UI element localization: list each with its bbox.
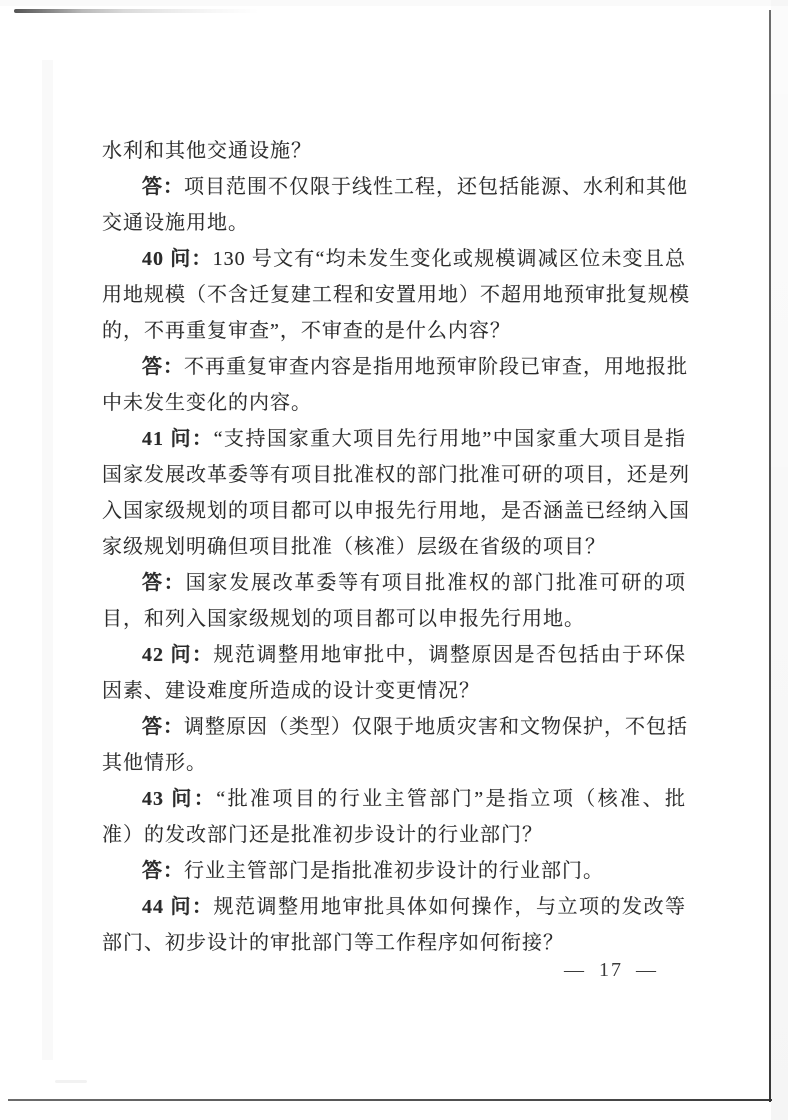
text-line: 交通设施用地。 [102,205,686,241]
text-line: 42 问：规范调整用地审批中，调整原因是否包括由于环保 [102,637,686,673]
text-line: 的，不再重复审查”，不审查的是什么内容？ [102,313,686,349]
text-line: 因素、建设难度所造成的设计变更情况？ [102,673,686,709]
paragraph-lead: 41 问： [142,428,214,450]
scan-smudge-bottom [55,1080,87,1083]
page-number: — 17 — [548,952,674,988]
text-line: 用地规模（不含迁复建工程和安置用地）不超用地预审批复规模 [102,277,686,313]
text-line: 准）的发改部门还是批准初步设计的行业部门？ [102,817,686,853]
scanned-page: 水利和其他交通设施？答：项目范围不仅限于线性工程，还包括能源、水利和其他交通设施… [0,0,788,1120]
text-line: 家级规划明确但项目批准（核准）层级在省级的项目？ [102,529,686,565]
scan-top-edge-shadow [0,0,788,6]
scan-border-bottom [8,1099,772,1101]
scan-fold-shadow [42,60,53,1060]
paragraph-lead: 40 问： [142,248,213,270]
text-line: 答：国家发展改革委等有项目批准权的部门批准可研的项 [102,565,686,601]
scan-smudge-top [14,9,259,13]
text-line: 水利和其他交通设施？ [102,133,686,169]
paragraph-lead: 答： [142,356,184,378]
text-block: 水利和其他交通设施？答：项目范围不仅限于线性工程，还包括能源、水利和其他交通设施… [102,133,686,961]
paragraph-lead: 44 问： [142,896,214,918]
paragraph-lead: 答： [142,176,184,198]
paragraph-lead: 43 问： [142,788,216,810]
scan-edge-tint-right [771,0,788,1120]
paragraph-lead: 42 问： [142,644,214,666]
paragraph-lead: 答： [142,716,184,738]
text-line: 41 问：“支持国家重大项目先行用地”中国家重大项目是指 [102,421,686,457]
text-line: 答：调整原因（类型）仅限于地质灾害和文物保护，不包括 [102,709,686,745]
text-line: 43 问：“批准项目的行业主管部门”是指立项（核准、批 [102,781,686,817]
text-line: 答：项目范围不仅限于线性工程，还包括能源、水利和其他 [102,169,686,205]
text-line: 44 问：规范调整用地审批具体如何操作，与立项的发改等 [102,889,686,925]
text-line: 中未发生变化的内容。 [102,385,686,421]
text-line: 答：不再重复审查内容是指用地预审阶段已审查，用地报批 [102,349,686,385]
text-line: 目，和列入国家级规划的项目都可以申报先行用地。 [102,601,686,637]
text-line: 国家发展改革委等有项目批准权的部门批准可研的项目，还是列 [102,457,686,493]
text-line: 40 问：130 号文有“均未发生变化或规模调减区位未变且总 [102,241,686,277]
text-line: 其他情形。 [102,745,686,781]
text-line: 入国家级规划的项目都可以申报先行用地，是否涵盖已经纳入国 [102,493,686,529]
paragraph-lead: 答： [142,572,186,594]
paragraph-lead: 答： [142,860,184,882]
text-line: 答：行业主管部门是指批准初步设计的行业部门。 [102,853,686,889]
